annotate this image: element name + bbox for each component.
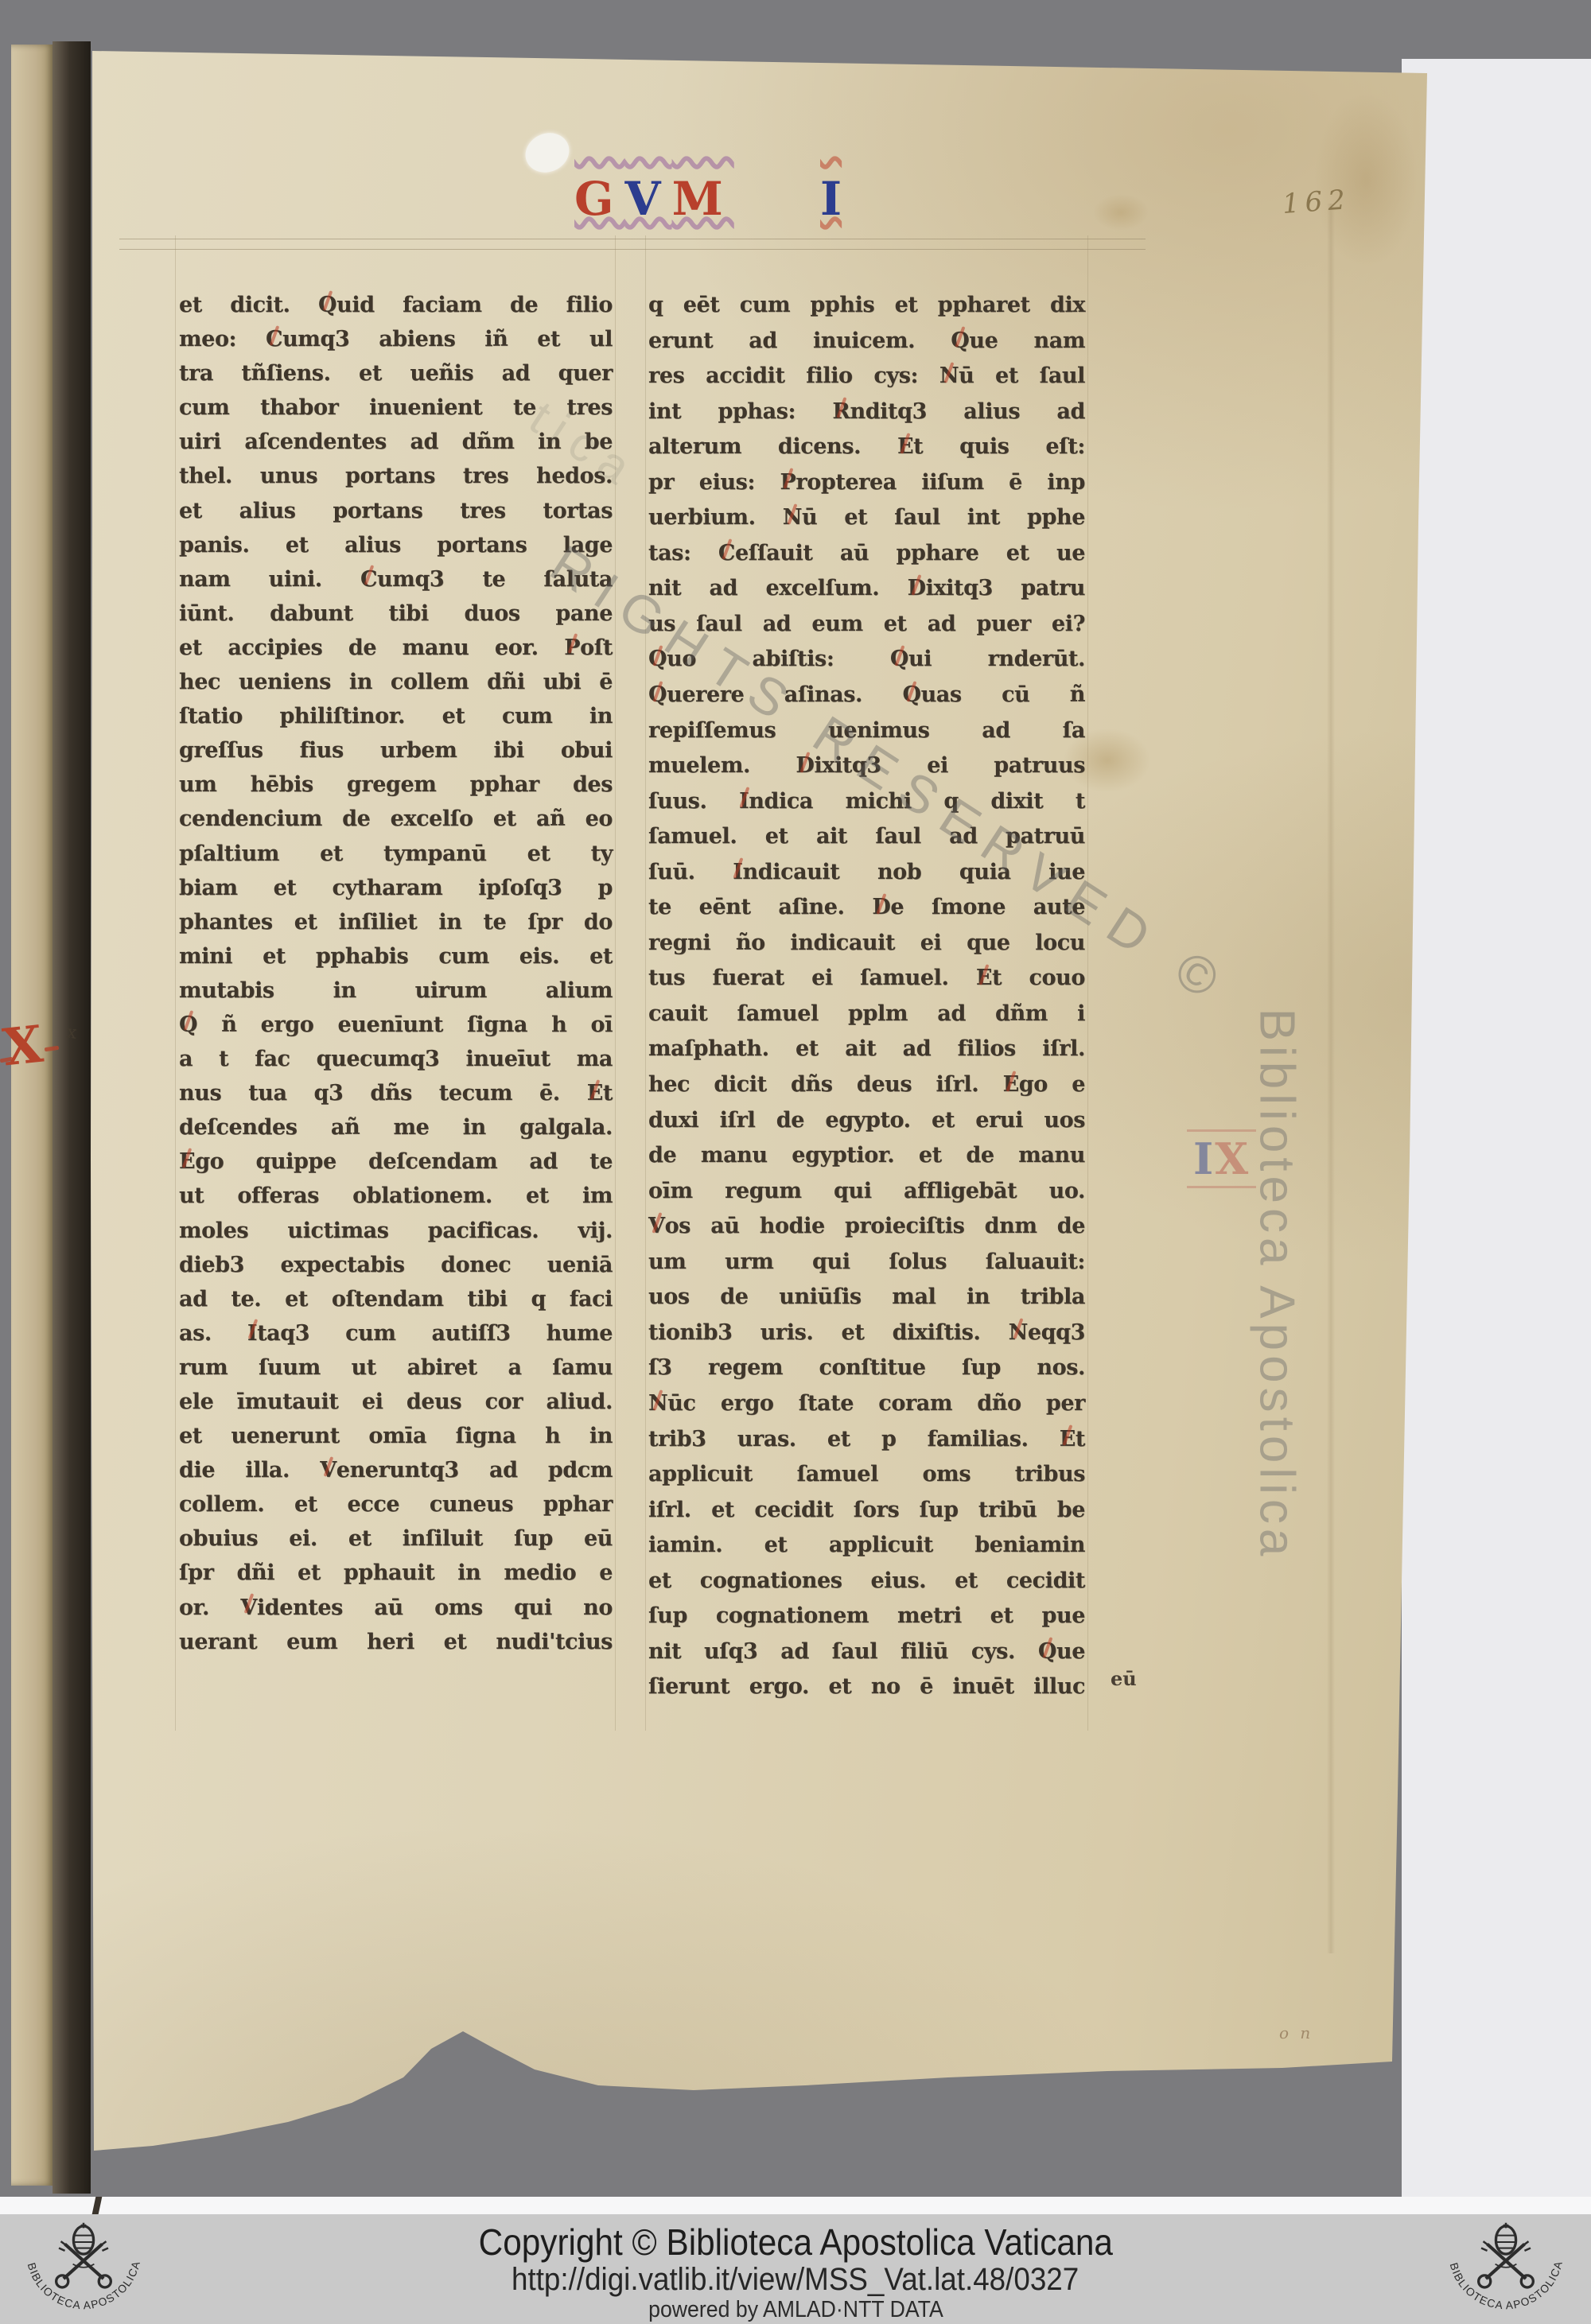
manuscript-line: cendencium de excelſo et añ eo — [179, 802, 613, 836]
manuscript-line: ſuū. Indicauit nob quia iue — [648, 855, 1085, 891]
footer-copyright: Copyright © Biblioteca Apostolica Vatica… — [0, 2221, 1591, 2264]
vatican-library-logo: BIBLIOTECA APOSTOLICA VATICANA — [1438, 2217, 1573, 2324]
manuscript-line: maſphath. et ait ad filios iſrl. — [648, 1032, 1085, 1067]
manuscript-line: uerbium. Nū et ſaul int pphe — [648, 500, 1085, 536]
catchword: eū — [1111, 1667, 1137, 1690]
manuscript-line: applicuit ſamuel oms tribus — [648, 1457, 1085, 1493]
chapter-numeral-x: X — [0, 1015, 45, 1078]
manuscript-line: pr eius: Propterea iiſum ē inp — [648, 465, 1085, 501]
white-backing-sheet — [1402, 59, 1591, 2197]
manuscript-line: ſuus. Indica michi q dixit t — [648, 784, 1085, 820]
manuscript-line: de manu egyptior. et de manu — [648, 1138, 1085, 1174]
manuscript-line: ſ3 regem conſtitue ſup nos. — [648, 1350, 1085, 1386]
manuscript-line: uiri aſcendentes ad dñm in be — [179, 425, 613, 459]
crossed-keys-tiara-icon — [1479, 2223, 1534, 2287]
ruling-line — [119, 249, 1146, 250]
manuscript-line: biam et cytharam ipſoſq3 p — [179, 871, 613, 905]
manuscript-page: GVM I 162 et dicit. Quid faciam de filio… — [89, 45, 1429, 2160]
manuscript-line: iſrl. et cecidit ſors ſup tribū be — [648, 1493, 1085, 1529]
manuscript-line: Nūc ergo ſtate coram dño per — [648, 1386, 1085, 1422]
manuscript-line: muelem. Dixitq3 ei patruus — [648, 748, 1085, 784]
manuscript-line: iamin. et applicuit beniamin — [648, 1528, 1085, 1564]
folio-number: 162 — [1282, 184, 1352, 220]
running-title-letter: V — [625, 172, 672, 226]
ruling-line — [645, 235, 646, 1731]
manuscript-line: oīm regum qui affligebāt uo. — [648, 1174, 1085, 1210]
manuscript-line: ſpr dñi et pphauit in medio e — [179, 1556, 613, 1590]
manuscript-line: nam uini. Cumq3 te ſaluta — [179, 562, 613, 597]
manuscript-line: tra tñſiens. et ueñis ad quer — [179, 356, 613, 391]
ruling-line — [1087, 235, 1088, 1731]
manuscript-line: et alius portans tres tortas — [179, 494, 613, 528]
manuscript-line: collem. et ecce cuneus pphar — [179, 1487, 613, 1521]
manuscript-line: uos de uniūſis mal in tribla — [648, 1280, 1085, 1316]
manuscript-line: cum thabor inuenient te tres — [179, 391, 613, 425]
parchment-crease — [1327, 204, 1335, 1953]
manuscript-line: iūnt. dabunt tibi duos pane — [179, 597, 613, 631]
manuscript-line: et cognationes eius. et cecidit — [648, 1564, 1085, 1599]
manuscript-line: cauit ſamuel pplm ad dñm i — [648, 997, 1085, 1032]
manuscript-line: Ego quippe deſcendam ad te — [179, 1145, 613, 1179]
manuscript-line: nit ad excelſum. Dixitq3 patru — [648, 571, 1085, 607]
binding-gutter-shadow — [53, 41, 91, 2194]
manuscript-line: Querere aſinas. Quas cū ñ — [648, 678, 1085, 713]
manuscript-line: regni ño indicauit ei que locu — [648, 926, 1085, 962]
manuscript-line: ele īmutauit ei deus cor aliud. — [179, 1385, 613, 1419]
bottom-right-mark: o n — [1279, 2023, 1313, 2042]
manuscript-line: erunt ad inuicem. Que nam — [648, 324, 1085, 359]
manuscript-line: thel. unus portans tres hedos. — [179, 459, 613, 493]
manuscript-line: nus tua q3 dñs tecum ē. Et — [179, 1076, 613, 1110]
manuscript-line: tus fuerat ei ſamuel. Et couo — [648, 961, 1085, 997]
running-title-letter: G — [574, 172, 625, 226]
manuscript-line: greſſus fius urbem ibi obui — [179, 733, 613, 768]
manuscript-line: ſup cognationem metri et pue — [648, 1599, 1085, 1634]
parchment-stain — [1093, 194, 1149, 231]
manuscript-line: ut offeras oblationem. et im — [179, 1179, 613, 1213]
manuscript-line: moles uictimas pacificas. vij. — [179, 1214, 613, 1248]
manuscript-line: trib3 uras. et p familias. Et — [648, 1422, 1085, 1458]
manuscript-line: hec ueniens in collem dñi ubi ē — [179, 665, 613, 699]
manuscript-line: Vos aū hodie proieciſtis dnm de — [648, 1209, 1085, 1245]
text-column-right: q eēt cum pphis et ppharet dixerunt ad i… — [648, 288, 1085, 1705]
manuscript-line: pſaltium et tympanū et ty — [179, 837, 613, 871]
manuscript-line: Q ñ ergo euenīunt ſigna h oī — [179, 1008, 613, 1042]
footer-powered-by: powered by AMLAD·NTT DATA — [0, 2297, 1591, 2323]
manuscript-line: et accipies de manu eor. Poſt — [179, 631, 613, 665]
manuscript-line: alterum dicens. Et quis eſt: — [648, 429, 1085, 465]
screenshot-root: GVM I 162 et dicit. Quid faciam de filio… — [0, 0, 1591, 2324]
running-title: GVM — [566, 170, 742, 227]
text-column-left: et dicit. Quid faciam de filiomeo: Cumq3… — [179, 288, 613, 1659]
manuscript-line: a t fac quecumq3 inueīut ma — [179, 1042, 613, 1076]
chapter-numeral-i: I — [1193, 1133, 1215, 1184]
chapter-numeral-ix: IX — [1187, 1129, 1256, 1188]
manuscript-line: uerant eum heri et nudi'tcius — [179, 1625, 613, 1659]
manuscript-line: hec dicit dñs deus iſrl. Ego e — [648, 1067, 1085, 1103]
manuscript-line: ad te. et oſtendam tibi q faci — [179, 1282, 613, 1316]
manuscript-line: mutabis in uirum alium — [179, 974, 613, 1008]
manuscript-line: dieb3 expectabis donec ueniā — [179, 1248, 613, 1282]
manuscript-line: or. Videntes aū oms qui no — [179, 1591, 613, 1625]
manuscript-line: Quo abiſtis: Qui rnderūt. — [648, 642, 1085, 678]
manuscript-line: um urm qui ſolus ſaluauit: — [648, 1245, 1085, 1281]
manuscript-line: phantes et inſiliet in te ſpr do — [179, 905, 613, 939]
chapter-numeral-x2: X — [1215, 1133, 1250, 1184]
manuscript-line: et uenerunt omīa ſigna h in — [179, 1419, 613, 1453]
ruling-line — [119, 239, 1146, 239]
manuscript-line: et dicit. Quid faciam de filio — [179, 288, 613, 322]
manuscript-line: tionib3 uris. et dixiſtis. Neqq3 — [648, 1316, 1085, 1351]
manuscript-line: repiſſemus uenimus ad ſa — [648, 713, 1085, 749]
manuscript-line: tas: Ceſſauit aū pphare et ue — [648, 536, 1085, 572]
manuscript-line: as. Itaq3 cum autiſſ3 hume — [179, 1316, 613, 1350]
ruling-line — [615, 235, 616, 1731]
previous-folio-edge — [11, 45, 54, 2186]
manuscript-line: um hēbis gregem pphar des — [179, 768, 613, 802]
footer-white-gap — [0, 2197, 1591, 2214]
manuscript-line: res accidit filio cys: Nū et ſaul — [648, 359, 1085, 394]
manuscript-line: ſamuel. et ait ſaul ad patruū — [648, 819, 1085, 855]
footer-url: http://digi.vatlib.it/view/MSS_Vat.lat.4… — [0, 2262, 1591, 2298]
book-numeral: I — [809, 170, 853, 227]
manuscript-line: q eēt cum pphis et ppharet dix — [648, 288, 1085, 324]
manuscript-line: te eēnt aſine. De ſmone aute — [648, 890, 1085, 926]
manuscript-line: meo: Cumq3 abiens iñ et ul — [179, 322, 613, 356]
manuscript-line: ſtatio philiſtinor. et cum in — [179, 699, 613, 733]
manuscript-line: int pphas: Rnditq3 alius ad — [648, 394, 1085, 430]
manuscript-line: nit uſq3 ad ſaul filiū cys. Que — [648, 1634, 1085, 1670]
manuscript-line: ſierunt ergo. et no ē inuēt illuc — [648, 1669, 1085, 1705]
manuscript-line: obuius ei. et inſiluit ſup eū — [179, 1521, 613, 1556]
manuscript-line: duxi iſrl de egypto. et erui uos — [648, 1103, 1085, 1139]
manuscript-line: us ſaul ad eum et ad puer ei? — [648, 607, 1085, 643]
manuscript-line: rum ſuum ut abiret a ſamu — [179, 1350, 613, 1385]
manuscript-line: mini et pphabis cum eis. et — [179, 939, 613, 974]
manuscript-line: die illa. Veneruntq3 ad pdcm — [179, 1453, 613, 1487]
ruling-line — [175, 235, 176, 1731]
manuscript-line: panis. et alius portans lage — [179, 528, 613, 562]
manuscript-line: deſcendes añ me in galgala. — [179, 1110, 613, 1145]
running-title-letter: M — [672, 172, 734, 226]
footer-bar: BIBLIOTECA APOSTOLICA VATICANA Copyright… — [0, 2214, 1591, 2324]
